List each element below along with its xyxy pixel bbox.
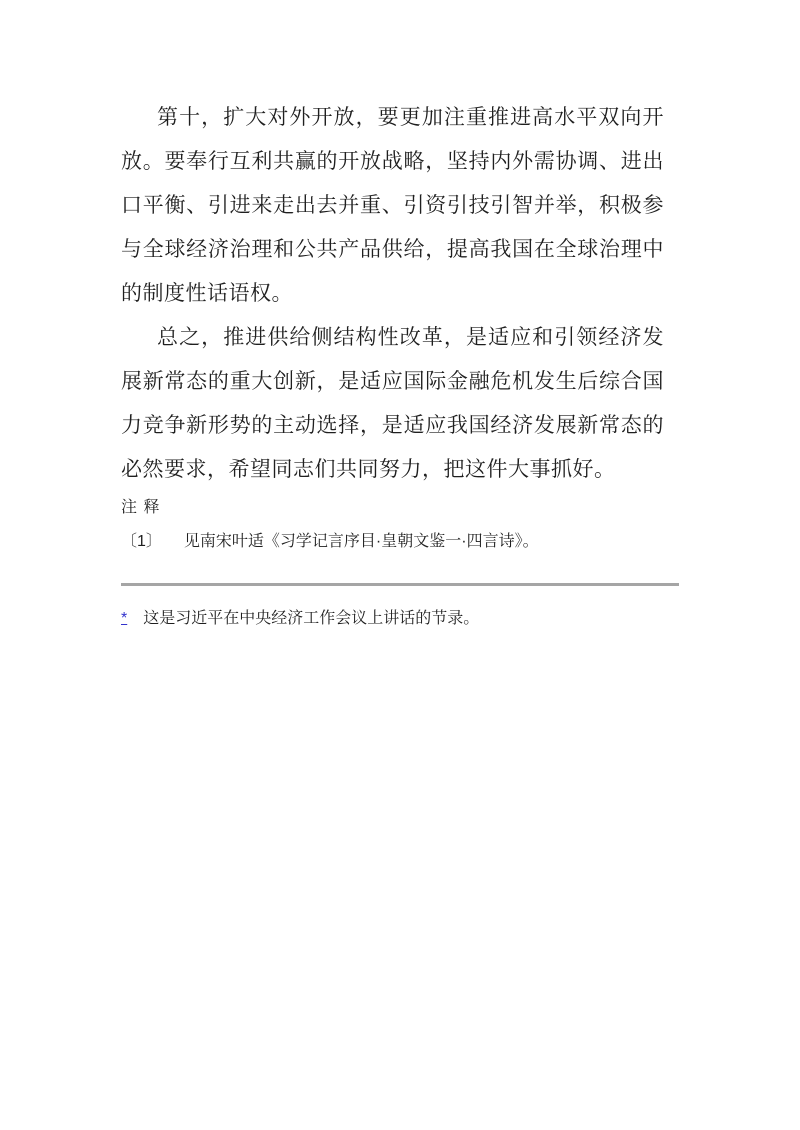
footnote-asterisk-link[interactable]: * <box>121 606 127 632</box>
body-paragraph-2: 总之，推进供给侧结构性改革，是适应和引领经济发展新常态的重大创新，是适应国际金融… <box>121 316 664 492</box>
footnote-text: 这是习近平在中央经济工作会议上讲话的节录。 <box>143 610 479 627</box>
notes-heading: 注 释 <box>121 496 680 520</box>
document-page: 第十，扩大对外开放，要更加注重推进高水平双向开放。要奉行互利共赢的开放战略，坚持… <box>0 0 800 1130</box>
footnote: *这是习近平在中央经济工作会议上讲话的节录。 <box>121 606 680 632</box>
note-text: 见南宋叶适《习学记言序目·皇朝文鉴一·四言诗》。 <box>184 533 539 550</box>
body-paragraph-1: 第十，扩大对外开放，要更加注重推进高水平双向开放。要奉行互利共赢的开放战略，坚持… <box>121 96 664 316</box>
note-marker: 〔1〕 <box>121 530 162 554</box>
note-item: 〔1〕见南宋叶适《习学记言序目·皇朝文鉴一·四言诗》。 <box>121 530 680 554</box>
footnote-divider <box>121 583 679 586</box>
